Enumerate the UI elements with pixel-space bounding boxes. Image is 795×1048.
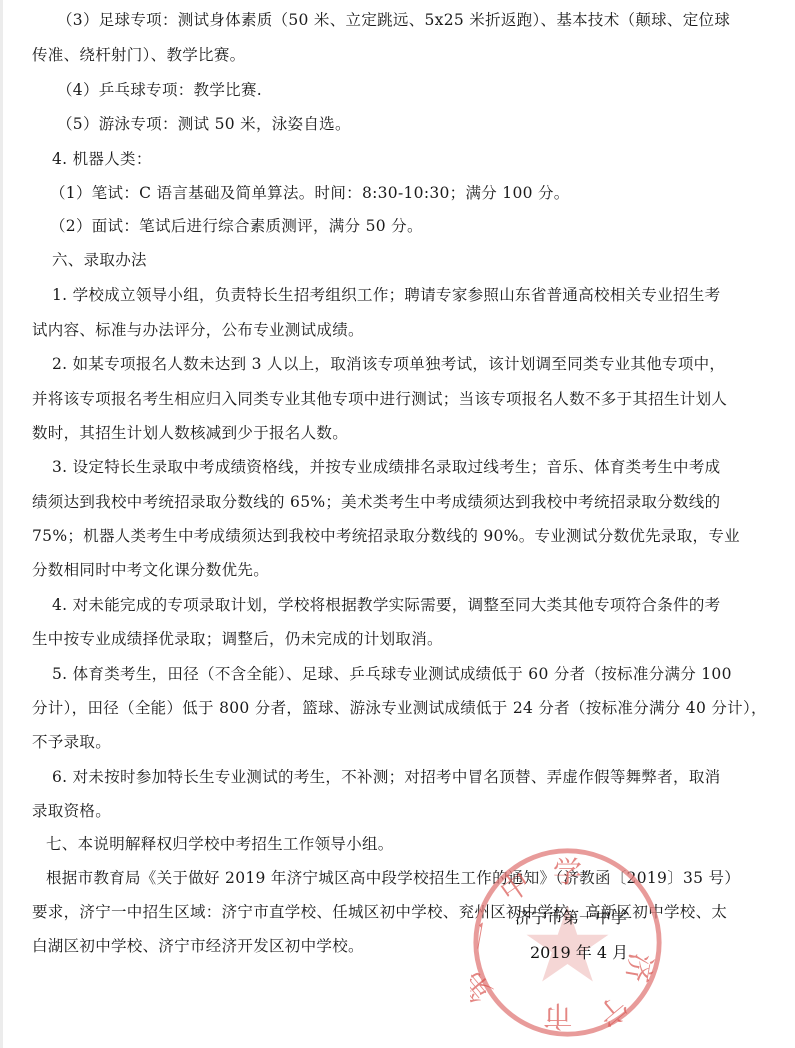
text-line: 绩须达到我校中考统招录取分数线的 65%；美术类考生中考成绩须达到我校中考统招录… (32, 490, 720, 512)
text-line: 分数相同时中考文化课分数优先。 (32, 558, 269, 580)
text-line: （4）乒乓球专项：教学比赛. (57, 78, 262, 100)
text-line: 75%；机器人类考生中考成绩须达到我校中考统招录取分数线的 90%。专业测试分数… (32, 524, 740, 546)
text-line: 3. 设定特长生录取中考成绩资格线，并按专业成绩排名录取过线考生；音乐、体育类考… (52, 455, 720, 477)
text-line: （1）笔试：C 语言基础及简单算法。时间：8:30-10:30；满分 100 分… (50, 181, 570, 203)
text-line: 不予录取。 (32, 730, 111, 752)
svg-text:第: 第 (470, 964, 499, 1008)
text-line: （2）面试：笔试后进行综合素质测评，满分 50 分。 (50, 214, 423, 236)
page-edge (0, 0, 3, 1048)
text-line: 试内容、标准与办法评分，公布专业测试成绩。 (32, 318, 364, 340)
text-line: 5. 体育类考生，田径（不含全能）、足球、乒乓球专业测试成绩低于 60 分者（按… (52, 662, 732, 684)
svg-text:一: 一 (470, 919, 501, 954)
text-line: 分计），田径（全能）低于 800 分者，篮球、游泳专业测试成绩低于 24 分者（… (32, 696, 767, 718)
text-line: 传准、绕杆射门）、教学比赛。 (32, 43, 245, 65)
text-line: 4. 机器人类： (52, 147, 152, 169)
text-line: （5）游泳专项：测试 50 米，泳姿自选。 (57, 112, 351, 134)
signature-date: 2019 年 4 月 (530, 940, 628, 963)
text-line: 1. 学校成立领导小组，负责特长生招考组织工作；聘请专家参照山东省普通高校相关专… (52, 283, 720, 305)
text-line: 数时，其招生计划人数核减到少于报名人数。 (32, 421, 348, 443)
text-line: 并将该专项报名考生相应归入同类专业其他专项中进行测试；当该专项报名人数不多于其招… (32, 387, 727, 409)
svg-text:市: 市 (543, 999, 572, 1033)
text-line: 4. 对未能完成的专项录取计划，学校将根据教学实际需要，调整至同大类其他专项符合… (52, 593, 720, 615)
text-line: 六、录取办法 (52, 248, 147, 270)
text-line: 2. 如某专项报名人数未达到 3 人以上，取消该专项单独考试，该计划调至同类专业… (52, 352, 725, 374)
svg-text:中: 中 (494, 865, 537, 910)
text-line: 6. 对未按时参加特长生专业测试的考生，不补测；对招考中冒名顶替、弄虚作假等舞弊… (52, 765, 720, 787)
text-line: 生中按专业成绩择优录取；调整后，仍未完成的计划取消。 (32, 627, 443, 649)
text-line: 七、本说明解释权归学校中考招生工作领导小组。 (46, 832, 394, 854)
text-line: 录取资格。 (32, 799, 111, 821)
text-line: 白湖区初中学校、济宁市经济开发区初中学校。 (32, 934, 364, 956)
signature-school: 济宁市第一中学 (515, 905, 627, 928)
text-line: （3）足球专项：测试身体素质（50 米、立定跳远、5x25 米折返跑）、基本技术… (57, 8, 730, 30)
svg-text:学: 学 (553, 855, 582, 889)
